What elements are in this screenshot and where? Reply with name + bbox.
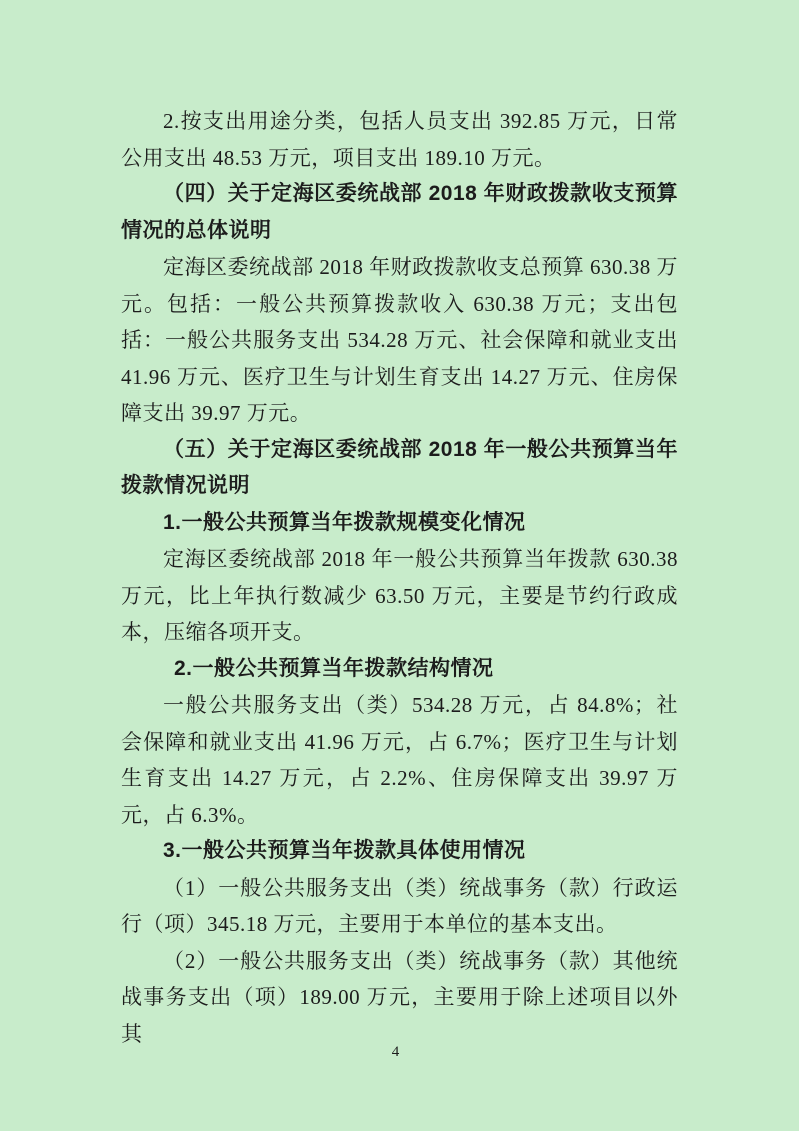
document-body: 2.按支出用途分类，包括人员支出 392.85 万元，日常公用支出 48.53 …	[121, 103, 678, 1052]
paragraph-expenditure-by-use: 2.按支出用途分类，包括人员支出 392.85 万元，日常公用支出 48.53 …	[121, 103, 678, 176]
paragraph-structure: 一般公共服务支出（类）534.28 万元，占 84.8%；社会保障和就业支出 4…	[121, 687, 678, 833]
paragraph-total-budget: 定海区委统战部 2018 年财政拨款收支总预算 630.38 万元。包括：一般公…	[121, 249, 678, 432]
subheading-1-scale-change: 1.一般公共预算当年拨款规模变化情况	[121, 505, 678, 542]
section-heading-5: （五）关于定海区委统战部 2018 年一般公共预算当年拨款情况说明	[121, 432, 678, 505]
section-heading-4: （四）关于定海区委统战部 2018 年财政拨款收支预算情况的总体说明	[121, 176, 678, 249]
page-number: 4	[0, 1044, 791, 1061]
paragraph-item-2: （2）一般公共服务支出（类）统战事务（款）其他统战事务支出（项）189.00 万…	[121, 943, 678, 1053]
subheading-3-specific-use: 3.一般公共预算当年拨款具体使用情况	[121, 833, 678, 870]
paragraph-scale-change: 定海区委统战部 2018 年一般公共预算当年拨款 630.38 万元，比上年执行…	[121, 541, 678, 651]
subheading-2-structure: 2.一般公共预算当年拨款结构情况	[121, 651, 678, 688]
document-page: 2.按支出用途分类，包括人员支出 392.85 万元，日常公用支出 48.53 …	[0, 0, 799, 1131]
paragraph-item-1: （1）一般公共服务支出（类）统战事务（款）行政运行（项）345.18 万元，主要…	[121, 870, 678, 943]
